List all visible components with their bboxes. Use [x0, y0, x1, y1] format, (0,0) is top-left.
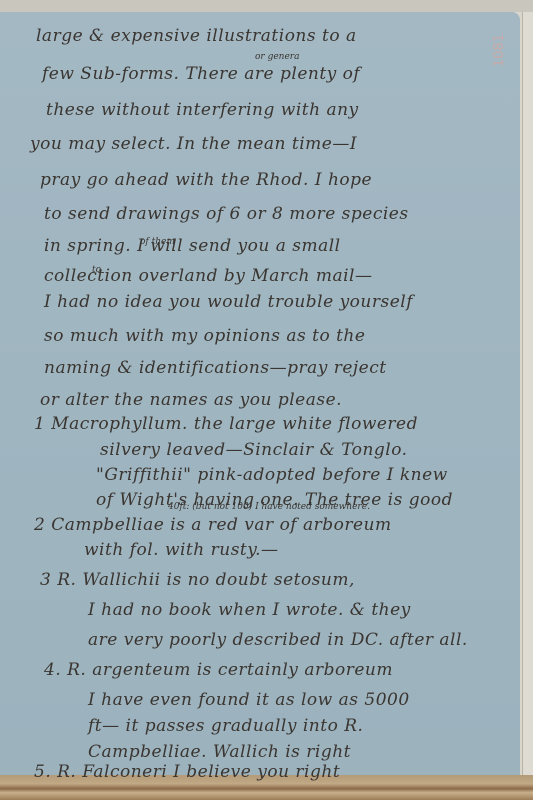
text-line: naming & identifications—pray reject — [44, 358, 387, 378]
text-line: so much with my opinions as to the — [44, 326, 365, 346]
scan-right-margin — [522, 12, 533, 782]
text-line: Campbelliae. Wallich is right — [88, 742, 351, 762]
text-line: these without interfering with any — [46, 100, 359, 120]
folio-number: 1081 — [492, 34, 507, 67]
text-line: silvery leaved—Sinclair & Tonglo. — [100, 440, 408, 460]
interlinear-note: to — [92, 265, 101, 275]
text-line: or alter the names as you please. — [40, 390, 342, 410]
text-line: 1 Macrophyllum. the large white flowered — [34, 414, 418, 434]
text-line: I had no book when I wrote. & they — [88, 600, 411, 620]
text-line: 2 Campbelliae is a red var of arboreum — [34, 515, 392, 535]
text-line: "Griffithii" pink-adopted before I knew — [96, 465, 448, 485]
interlinear-note: or genera — [255, 52, 299, 62]
scan-top-margin — [0, 0, 533, 12]
text-line: I have even found it as low as 5000 — [88, 690, 410, 710]
text-line: in spring. I will send you a small — [44, 236, 341, 256]
text-line: 4. R. argenteum is certainly arboreum — [44, 660, 393, 680]
text-line: with fol. with rusty.— — [84, 540, 279, 560]
text-line: are very poorly described in DC. after a… — [88, 630, 468, 650]
text-line: pray go ahead with the Rhod. I hope — [40, 170, 372, 190]
text-line: to send drawings of 6 or 8 more species — [44, 204, 409, 224]
text-line: ft— it passes gradually into R. — [88, 716, 363, 736]
interlinear-note: 40ft: (but not 100) I have noted somewhe… — [168, 502, 370, 512]
text-line: 3 R. Wallichii is no doubt setosum, — [40, 570, 355, 590]
interlinear-note: of them — [140, 237, 175, 247]
text-line: you may select. In the mean time—I — [30, 134, 357, 154]
text-line: few Sub-forms. There are plenty of — [42, 64, 360, 84]
text-line: large & expensive illustrations to a — [36, 26, 357, 46]
text-line: 5. R. Falconeri I believe you right — [34, 762, 340, 782]
text-line: I had no idea you would trouble yourself — [44, 292, 413, 312]
